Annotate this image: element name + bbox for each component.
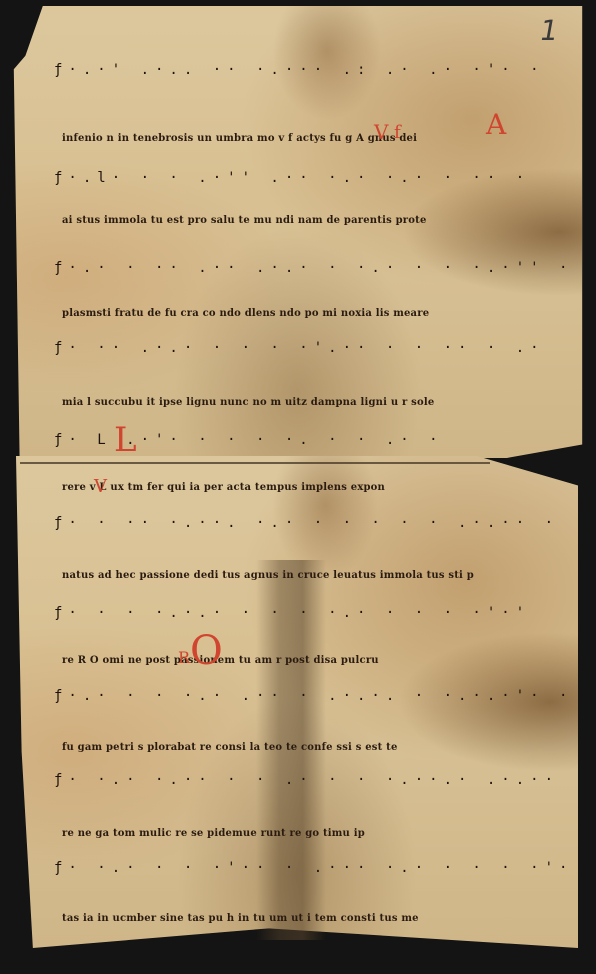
text-line-4: mia l succubu it ipse lignu nunc no m ui… <box>62 397 566 408</box>
decorated-initial-l: L <box>114 420 137 460</box>
text-line-8: fu gam petri s plorabat re consi la teo … <box>62 742 566 753</box>
decorated-initial-a: A <box>486 108 506 141</box>
text-line-9: re ne ga tom mulic re se pidemue runt re… <box>62 828 566 839</box>
fold-tear <box>20 462 490 464</box>
neume-line-10: ƒ· ·.· · · ·'·· · .··· ·.· · · · ·'· · <box>54 860 566 890</box>
text-line-3: plasmsti fratu de fu cra co ndo dlens nd… <box>62 308 566 319</box>
neume-line-7: ƒ· · · ·.·.· · · · ·.· · · · ·'·' <box>54 605 566 635</box>
text-line-10: tas ia in ucmber sine tas pu h in tu um … <box>62 913 566 924</box>
text-line-7: re R O omi ne post passionem tu am r pos… <box>62 655 566 666</box>
decorated-initial-o: O <box>190 628 223 674</box>
rubric-initial-r: R <box>178 648 190 667</box>
neume-line-8: ƒ·.· · · ·.· .·· · .·.·. · ·.·.·'· · <box>54 688 566 718</box>
rubric-initial-f: f <box>394 122 401 143</box>
neume-line-9: ƒ· ·.· ·.·· · · .· · · ·.··.· .·.·· ·.· <box>54 772 566 802</box>
neume-line-1: ƒ·.·' .·.. ·· ·.··· .: .· .· ·'· · <box>54 62 566 92</box>
neume-line-4: ƒ· ·· .·.· · · · ·'.·· · · ·· · .· <box>54 340 566 370</box>
rubric-initial-v: V <box>374 120 388 144</box>
rubric-initial-v-small: V <box>94 476 107 497</box>
neume-line-6: ƒ· · ·· ·.··. ·.· · · · · · .·.·· · .· <box>54 515 566 545</box>
neume-line-3: ƒ·.· · ·· .·· .·.· · ·.· · · ·.·'' · <box>54 260 566 290</box>
text-line-2: ai stus immola tu est pro salu te mu ndi… <box>62 215 566 226</box>
text-line-6: natus ad hec passione dedi tus agnus in … <box>62 570 566 581</box>
neume-line-2: ƒ·.l· · · .·'' .·· ·.· ·.· · ·· · <box>54 170 566 200</box>
text-line-5: rere v L ux tm fer qui ia per acta tempu… <box>62 482 566 493</box>
